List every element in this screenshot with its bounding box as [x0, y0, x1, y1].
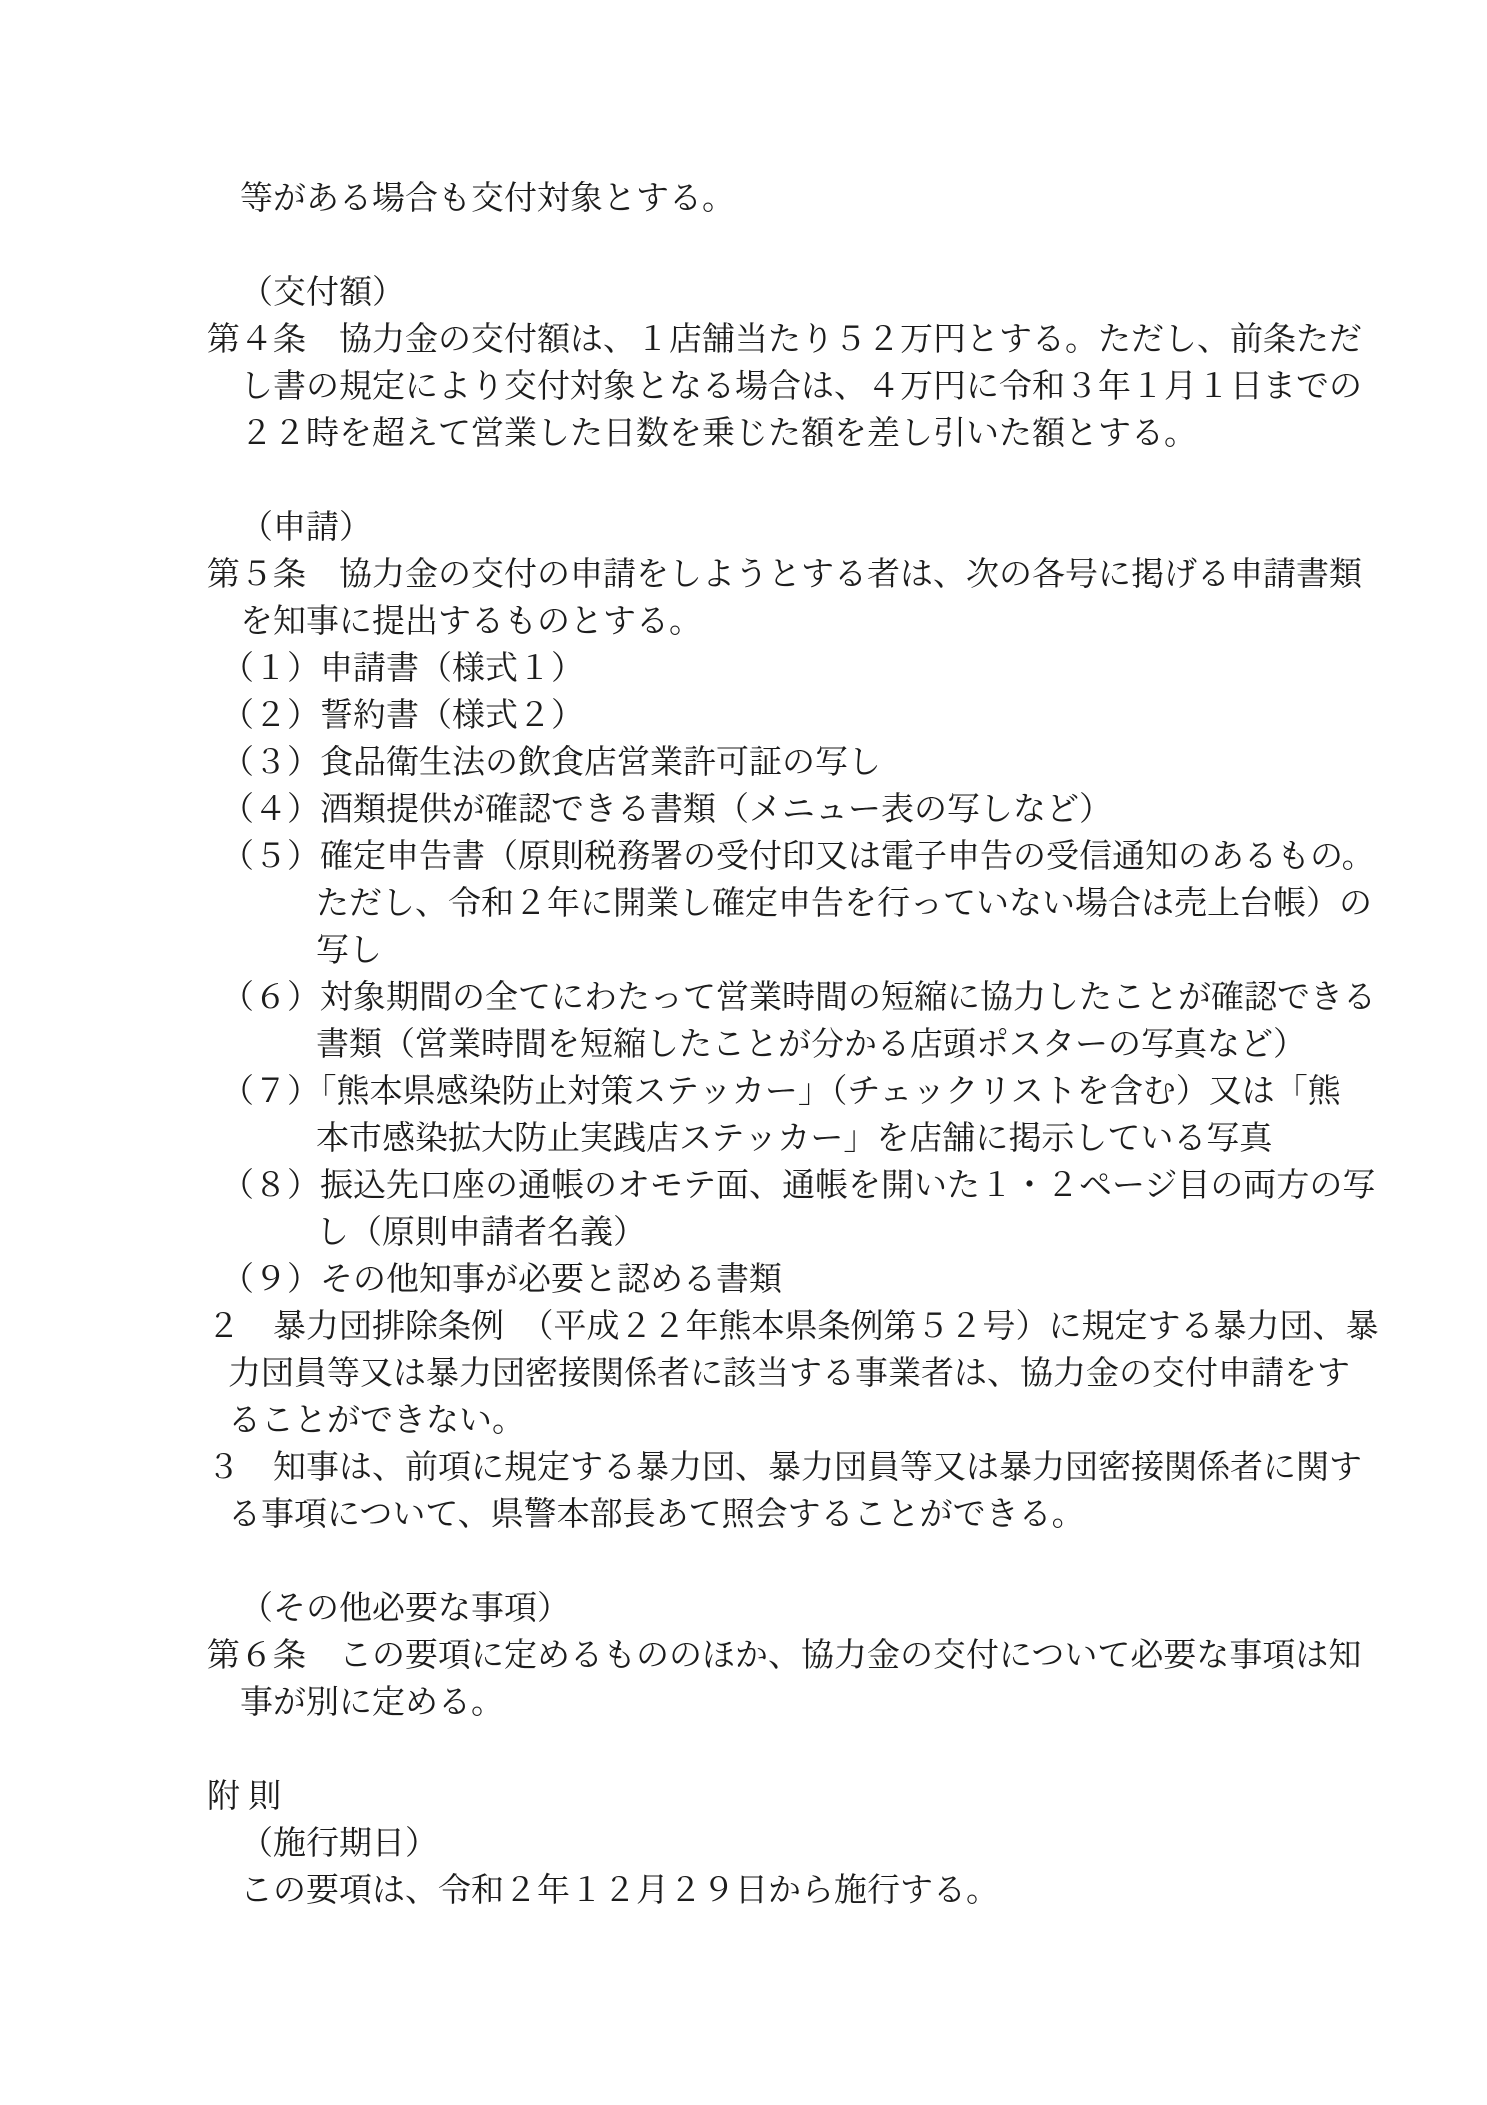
document-line: 事が別に定める。	[0, 1680, 1487, 1727]
section-heading-application: （申請）	[0, 505, 1487, 552]
list-item-9: （９）その他知事が必要と認める書類	[0, 1257, 1487, 1304]
list-item-4: （４）酒類提供が確認できる書類（メニュー表の写しなど）	[0, 787, 1487, 834]
list-item-6: （６）対象期間の全てにわたって営業時間の短縮に協力したことが確認できる	[0, 975, 1487, 1022]
list-item-5-wrap: 写し	[0, 928, 1487, 975]
list-item-2: （２）誓約書（様式２）	[0, 693, 1487, 740]
list-item-5-wrap: ただし、令和２年に開業し確定申告を行っていない場合は売上台帳）の	[0, 881, 1487, 928]
section-heading-other-matters: （その他必要な事項）	[0, 1586, 1487, 1633]
document-line: る事項について、県警本部長あて照会することができる。	[0, 1492, 1487, 1539]
document-line: ２２時を超えて営業した日数を乗じた額を差し引いた額とする。	[0, 411, 1487, 458]
list-item-6-wrap: 書類（営業時間を短縮したことが分かる店頭ポスターの写真など）	[0, 1022, 1487, 1069]
document-line: 力団員等又は暴力団密接関係者に該当する事業者は、協力金の交付申請をす	[0, 1351, 1487, 1398]
document-line: し書の規定により交付対象となる場合は、４万円に令和３年１月１日までの	[0, 364, 1487, 411]
blank-line	[0, 1727, 1487, 1774]
list-item-8-wrap: し（原則申請者名義）	[0, 1210, 1487, 1257]
document-line: ることができない。	[0, 1398, 1487, 1445]
list-item-7-wrap: 本市感染拡大防止実践店ステッカー」を店舗に掲示している写真	[0, 1116, 1487, 1163]
document-page: 等がある場合も交付対象とする。 （交付額） 第４条 協力金の交付額は、１店舗当た…	[0, 0, 1487, 2105]
list-item-1: （１）申請書（様式１）	[0, 646, 1487, 693]
blank-line	[0, 458, 1487, 505]
list-item-5: （５）確定申告書（原則税務署の受付印又は電子申告の受信通知のあるもの。	[0, 834, 1487, 881]
document-line-article-5: 第５条 協力金の交付の申請をしようとする者は、次の各号に掲げる申請書類	[0, 552, 1487, 599]
document-line-article-4: 第４条 協力金の交付額は、１店舗当たり５２万円とする。ただし、前条ただ	[0, 317, 1487, 364]
section-heading-effective-date: （施行期日）	[0, 1821, 1487, 1868]
document-line-effective-date: この要項は、令和２年１２月２９日から施行する。	[0, 1868, 1487, 1915]
list-item-3: （３）食品衛生法の飲食店営業許可証の写し	[0, 740, 1487, 787]
list-item-8: （８）振込先口座の通帳のオモテ面、通帳を開いた１・２ページ目の両方の写	[0, 1163, 1487, 1210]
supplementary-provisions-heading: 附 則	[0, 1774, 1487, 1821]
blank-line	[0, 223, 1487, 270]
section-heading-grant-amount: （交付額）	[0, 270, 1487, 317]
document-line: を知事に提出するものとする。	[0, 599, 1487, 646]
document-line-article-6: 第６条 この要項に定めるもののほか、協力金の交付について必要な事項は知	[0, 1633, 1487, 1680]
document-line: 等がある場合も交付対象とする。	[0, 176, 1487, 223]
list-item-7: （７）「熊本県感染防止対策ステッカー」（チェックリストを含む）又は「熊	[0, 1069, 1487, 1116]
blank-line	[0, 1539, 1487, 1586]
document-line-paragraph-2: ２ 暴力団排除条例 （平成２２年熊本県条例第５２号）に規定する暴力団、暴	[0, 1304, 1487, 1351]
document-line-paragraph-3: ３ 知事は、前項に規定する暴力団、暴力団員等又は暴力団密接関係者に関す	[0, 1445, 1487, 1492]
